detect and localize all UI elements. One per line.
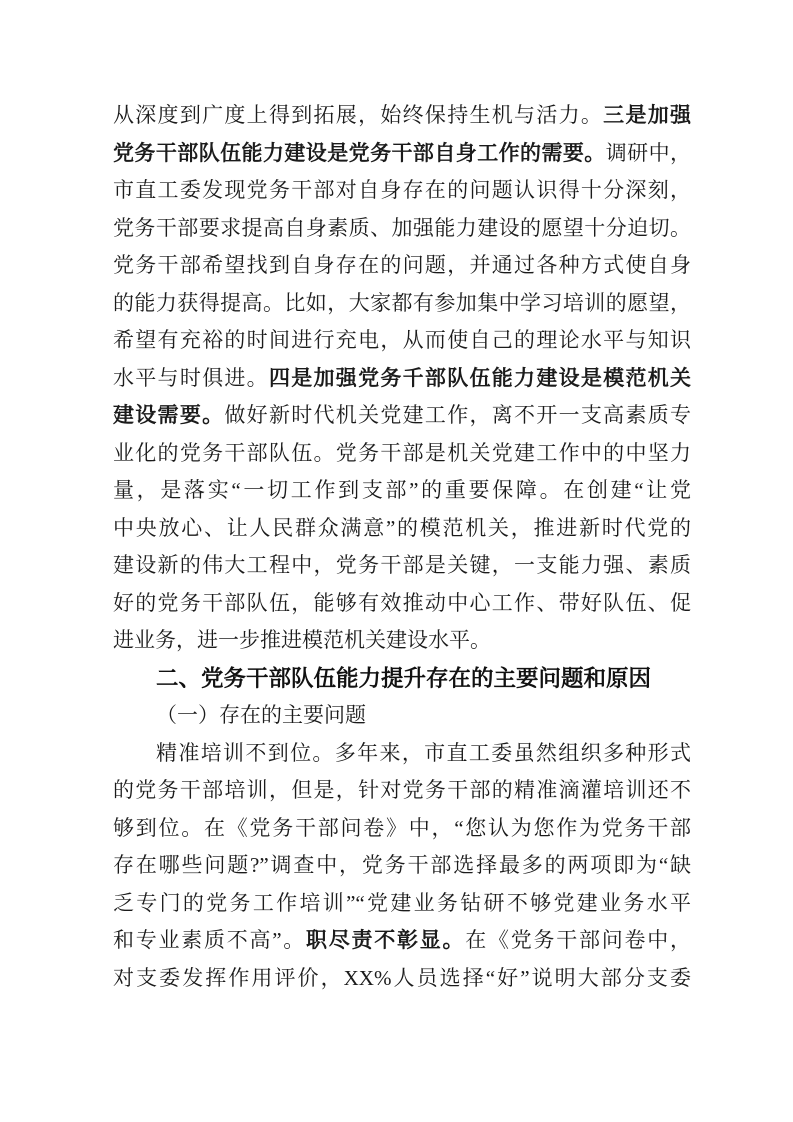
- body-text: 党务干部要求提高自身素质、加强能力建设的愿望十分迫切。: [113, 216, 691, 240]
- body-line: 和专业素质不高”。职尽责不彰显。在《党务干部问卷中，: [113, 922, 691, 960]
- bold-run: 职尽责不彰显。: [306, 928, 465, 952]
- body-line: 希望有充裕的时间进行充电，从而使自己的理论水平与知识: [113, 322, 691, 360]
- body-text: 够到位。在《党务干部问卷》中，“您认为您作为党务干部: [113, 816, 691, 840]
- bold-run: 四是加强党务千部队伍能力建设是模范机关: [269, 366, 691, 390]
- body-text: 建设新的伟大工程中，党务干部是关键，一支能力强、素质: [113, 553, 691, 577]
- body-text: 做好新时代机关党建工作，离不开一支高素质专: [224, 403, 691, 427]
- paragraph-last-line: 进业务，进一步推进模范机关建设水平。: [113, 622, 691, 660]
- body-line: 水平与时俱进。四是加强党务千部队伍能力建设是模范机关: [113, 360, 691, 398]
- body-line: 党务干部希望找到自身存在的问题，并通过各种方式使自身: [113, 247, 691, 285]
- body-text: 量，是落实“一切工作到支部”的重要保障。在创建“让党: [113, 478, 691, 502]
- section-heading: 二、党务干部队伍能力提升存在的主要问题和原因: [113, 660, 691, 698]
- body-line: 量，是落实“一切工作到支部”的重要保障。在创建“让党: [113, 472, 691, 510]
- body-text: 乏专门的党务工作培训”“党建业务钻研不够党建业务水平: [113, 891, 691, 915]
- body-text: 精准培训不到位。多年来，市直工委虽然组织多种形式: [156, 741, 691, 765]
- subsection-heading: （一）存在的主要问题: [113, 697, 691, 735]
- document-text-block: 从深度到广度上得到拓展，始终保持生机与活力。三是加强 党务干部队伍能力建设是党务…: [113, 97, 691, 997]
- body-text: 和专业素质不高”。: [113, 928, 306, 952]
- body-line: 党务干部队伍能力建设是党务干部自身工作的需要。调研中，: [113, 135, 691, 173]
- body-text: 在《党务干部问卷中，: [465, 928, 691, 952]
- body-text: 的党务干部培训，但是，针对党务干部的精准滴灌培训还不: [113, 778, 691, 802]
- paragraph-first-line: 精准培训不到位。多年来，市直工委虽然组织多种形式: [113, 735, 691, 773]
- body-text: 对支委发挥作用评价，XX%人员选择“好”说明大部分支委: [113, 966, 691, 990]
- body-line: 的党务干部培训，但是，针对党务干部的精准滴灌培训还不: [113, 772, 691, 810]
- bold-run: 党务干部队伍能力建设是党务干部自身工作的需要。: [113, 141, 606, 165]
- body-text: 业化的党务干部队伍。党务干部是机关党建工作中的中坚力: [113, 441, 691, 465]
- body-line: 市直工委发现党务干部对自身存在的问题认识得十分深刻，: [113, 172, 691, 210]
- body-text: 党务干部希望找到自身存在的问题，并通过各种方式使自身: [113, 253, 691, 277]
- body-line: 中央放心、让人民群众满意”的模范机关，推进新时代党的: [113, 510, 691, 548]
- bold-run: 三是加强: [603, 103, 691, 127]
- body-text: 进业务，进一步推进模范机关建设水平。: [113, 628, 491, 652]
- body-line: 建设需要。做好新时代机关党建工作，离不开一支高素质专: [113, 397, 691, 435]
- document-page: 从深度到广度上得到拓展，始终保持生机与活力。三是加强 党务干部队伍能力建设是党务…: [0, 0, 793, 1122]
- body-text: 市直工委发现党务干部对自身存在的问题认识得十分深刻，: [113, 178, 691, 202]
- body-text: 中央放心、让人民群众满意”的模范机关，推进新时代党的: [113, 516, 691, 540]
- body-line: 党务干部要求提高自身素质、加强能力建设的愿望十分迫切。: [113, 210, 691, 248]
- body-line: 存在哪些问题?”调查中，党务干部选择最多的两项即为“缺: [113, 847, 691, 885]
- body-line: 对支委发挥作用评价，XX%人员选择“好”说明大部分支委: [113, 960, 691, 998]
- body-line: 从深度到广度上得到拓展，始终保持生机与活力。三是加强: [113, 97, 691, 135]
- subsection-heading-text: （一）存在的主要问题: [156, 703, 366, 727]
- body-line: 好的党务干部队伍，能够有效推动中心工作、带好队伍、促: [113, 585, 691, 623]
- body-text: 存在哪些问题?”调查中，党务干部选择最多的两项即为“缺: [113, 853, 691, 877]
- body-line: 乏专门的党务工作培训”“党建业务钻研不够党建业务水平: [113, 885, 691, 923]
- body-text: 水平与时俱进。: [113, 366, 269, 390]
- body-line: 够到位。在《党务干部问卷》中，“您认为您作为党务干部: [113, 810, 691, 848]
- body-text: 调研中，: [606, 141, 691, 165]
- body-text: 的能力获得提高。比如，大家都有参加集中学习培训的愿望，: [113, 291, 691, 315]
- section-heading-text: 二、党务干部队伍能力提升存在的主要问题和原因: [156, 666, 651, 691]
- body-text: 从深度到广度上得到拓展，始终保持生机与活力。: [113, 103, 603, 127]
- body-line: 业化的党务干部队伍。党务干部是机关党建工作中的中坚力: [113, 435, 691, 473]
- body-text: 希望有充裕的时间进行充电，从而使自己的理论水平与知识: [113, 328, 691, 352]
- body-text: 好的党务干部队伍，能够有效推动中心工作、带好队伍、促: [113, 591, 691, 615]
- body-line: 建设新的伟大工程中，党务干部是关键，一支能力强、素质: [113, 547, 691, 585]
- bold-run: 建设需要。: [113, 403, 224, 427]
- body-line: 的能力获得提高。比如，大家都有参加集中学习培训的愿望，: [113, 285, 691, 323]
